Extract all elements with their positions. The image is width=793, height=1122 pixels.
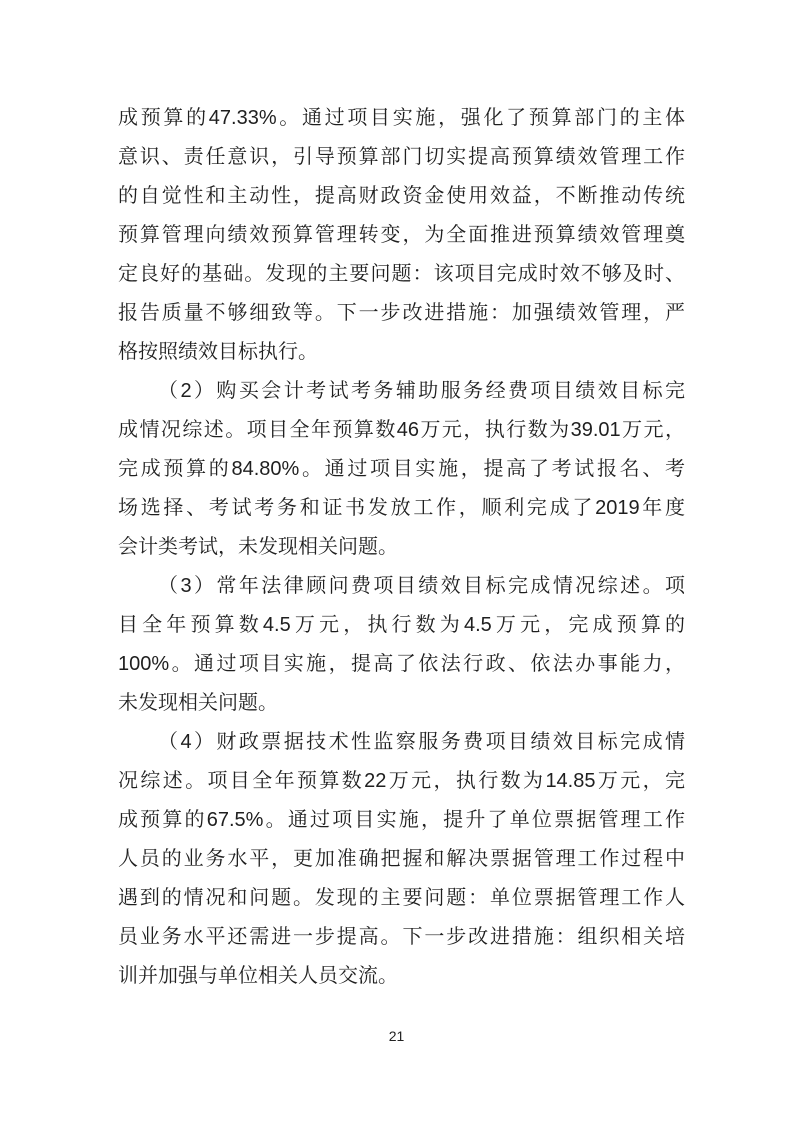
cjk-text: 的自觉性和主动性，提高财政资金使用效益，不断推动传统 [118,185,685,207]
cjk-text: 格按照绩效目标执行。 [118,341,318,363]
cjk-text: 万元，完 [596,770,686,792]
cjk-text: 万元，执行数为 [419,419,571,441]
text-line: 场选择、考试考务和证书发放工作，顺利完成了2019年度 [118,489,685,528]
cjk-text: （ [158,731,180,753]
cjk-text: 年度 [640,497,685,519]
numeric-value: 22 [364,770,386,792]
numeric-value: 3 [180,575,191,597]
numeric-value: 100% [118,653,169,675]
cjk-text: ）财政票据技术性监察服务费项目绩效目标完成情 [192,731,685,753]
text-line: 100%。通过项目实施，提高了依法行政、依法办事能力， [118,645,685,684]
numeric-value: 46 [397,419,419,441]
text-line: 员业务水平还需进一步提高。下一步改进措施：组织相关培 [118,918,685,957]
text-line: （2）购买会计考试考务辅助服务经费项目绩效目标完 [118,372,685,411]
text-line: 报告质量不够细致等。下一步改进措施：加强绩效管理，严 [118,294,685,333]
numeric-value: 4 [180,731,191,753]
numeric-value: 2 [180,380,191,402]
cjk-text: 成预算的 [118,809,207,831]
text-line: 意识、责任意识，引导预算部门切实提高预算绩效管理工作 [118,138,685,177]
cjk-text: 。通过项目实施，提高了考试报名、考 [299,458,685,480]
cjk-text: 万元， [621,419,685,441]
cjk-text: 。通过项目实施，强化了预算部门的主体 [277,107,685,129]
numeric-value: 4.5 [263,614,291,636]
text-line: 遇到的情况和问题。发现的主要问题：单位票据管理工作人 [118,879,685,918]
numeric-value: 39.01 [571,419,621,441]
cjk-text: 成情况综述。项目全年预算数 [118,419,397,441]
text-line: 未发现相关问题。 [118,684,685,723]
text-line: 会计类考试，未发现相关问题。 [118,528,685,567]
cjk-text: 未发现相关问题。 [118,692,278,714]
text-line: 预算管理向绩效预算管理转变，为全面推进预算绩效管理奠 [118,216,685,255]
text-line: 定良好的基础。发现的主要问题：该项目完成时效不够及时、 [118,255,685,294]
cjk-text: 。通过项目实施，提升了单位票据管理工作 [263,809,685,831]
cjk-text: （ [158,380,180,402]
page-number: 21 [389,1028,405,1044]
cjk-text: （ [158,575,180,597]
text-line: 成情况综述。项目全年预算数46万元，执行数为39.01万元， [118,411,685,450]
numeric-value: 47.33% [209,107,277,129]
cjk-text: 成预算的 [118,107,209,129]
cjk-text: 况综述。项目全年预算数 [118,770,364,792]
cjk-text: ）购买会计考试考务辅助服务经费项目绩效目标完 [192,380,685,402]
text-line: （4）财政票据技术性监察服务费项目绩效目标完成情 [118,723,685,762]
document-page: 成预算的47.33%。通过项目实施，强化了预算部门的主体意识、责任意识，引导预算… [0,0,793,1122]
numeric-value: 14.85 [545,770,595,792]
cjk-text: 万元，执行数为 [291,614,464,636]
cjk-text: 意识、责任意识，引导预算部门切实提高预算绩效管理工作 [118,146,685,168]
numeric-value: 4.5 [464,614,492,636]
cjk-text: 万元，完成预算的 [492,614,685,636]
cjk-text: 完成预算的 [118,458,231,480]
cjk-text: ）常年法律顾问费项目绩效目标完成情况综述。项 [192,575,685,597]
text-line: 成预算的67.5%。通过项目实施，提升了单位票据管理工作 [118,801,685,840]
cjk-text: 人员的业务水平，更加准确把握和解决票据管理工作过程中 [118,848,685,870]
cjk-text: 会计类考试，未发现相关问题。 [118,536,398,558]
cjk-text: 。通过项目实施，提高了依法行政、依法办事能力， [169,653,685,675]
cjk-text: 场选择、考试考务和证书发放工作，顺利完成了 [118,497,595,519]
text-line: 完成预算的84.80%。通过项目实施，提高了考试报名、考 [118,450,685,489]
numeric-value: 84.80% [231,458,299,480]
cjk-text: 定良好的基础。发现的主要问题：该项目完成时效不够及时、 [118,263,685,285]
cjk-text: 预算管理向绩效预算管理转变，为全面推进预算绩效管理奠 [118,224,685,246]
document-body: 成预算的47.33%。通过项目实施，强化了预算部门的主体意识、责任意识，引导预算… [118,99,685,996]
cjk-text: 报告质量不够细致等。下一步改进措施：加强绩效管理，严 [118,302,685,324]
text-line: 况综述。项目全年预算数22万元，执行数为14.85万元，完 [118,762,685,801]
cjk-text: 训并加强与单位相关人员交流。 [118,965,398,987]
cjk-text: 遇到的情况和问题。发现的主要问题：单位票据管理工作人 [118,887,685,909]
page-footer: 21 [0,1028,793,1046]
cjk-text: 员业务水平还需进一步提高。下一步改进措施：组织相关培 [118,926,685,948]
text-line: 训并加强与单位相关人员交流。 [118,957,685,996]
text-line: 的自觉性和主动性，提高财政资金使用效益，不断推动传统 [118,177,685,216]
text-line: 成预算的47.33%。通过项目实施，强化了预算部门的主体 [118,99,685,138]
text-line: 格按照绩效目标执行。 [118,333,685,372]
text-line: 目全年预算数4.5万元，执行数为4.5万元，完成预算的 [118,606,685,645]
cjk-text: 万元，执行数为 [386,770,545,792]
numeric-value: 2019 [595,497,640,519]
cjk-text: 目全年预算数 [118,614,263,636]
text-line: （3）常年法律顾问费项目绩效目标完成情况综述。项 [118,567,685,606]
text-line: 人员的业务水平，更加准确把握和解决票据管理工作过程中 [118,840,685,879]
numeric-value: 67.5% [207,809,264,831]
